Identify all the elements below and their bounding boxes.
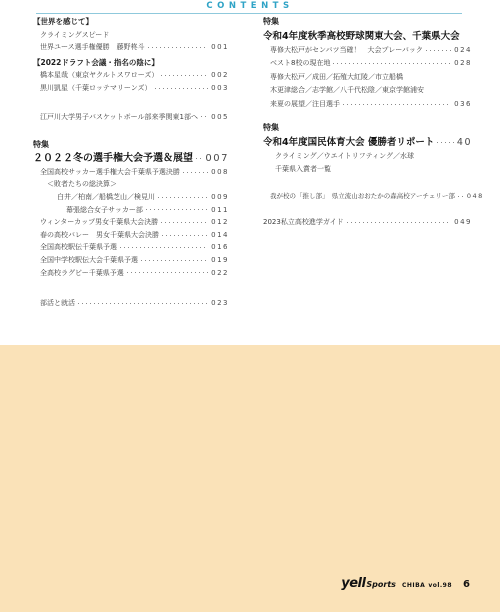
- toc-item: 全高校ラグビー千葉県予選 022: [33, 267, 229, 280]
- toc-item: ベスト8校の現在地 028: [263, 57, 472, 71]
- page-number: 023: [211, 297, 229, 310]
- toc-item: ウィンターカップ男女千葉県大会決勝 012: [33, 216, 229, 229]
- yell-logo: yell: [341, 576, 365, 591]
- page-number: 40: [457, 135, 472, 150]
- page-number: 028: [454, 57, 472, 71]
- toc-item: 春の高校バレー 男女千葉県大会決勝 014: [33, 229, 229, 242]
- page-number: 024: [454, 44, 472, 58]
- section-heading-draft: 【2022ドラフト会議・指名の陰に】: [33, 57, 229, 70]
- edition-label: CHIBA: [402, 582, 425, 589]
- dot-leader: [155, 88, 209, 89]
- dot-leader: [161, 75, 208, 76]
- dot-leader: [127, 272, 208, 273]
- dot-leader: [347, 222, 452, 223]
- toc-item: 専修大松戸がセンバツ当確！ 大会プレーバック 024: [263, 44, 472, 58]
- page-number: 002: [211, 69, 229, 82]
- title-underline: [36, 13, 462, 14]
- page-number: 016: [211, 241, 229, 254]
- sports-logo: Sports: [366, 580, 396, 589]
- dot-leader: [426, 50, 451, 51]
- feature-title: ２０２２冬の選手権大会予選＆展望 007: [33, 152, 229, 166]
- toc-item: クライミング／ウエイトリフティング／水球: [263, 150, 472, 164]
- dot-leader: [343, 104, 451, 105]
- page-number: 019: [211, 254, 229, 267]
- toc-item: 幕張総合女子サッカー部 011: [33, 204, 229, 217]
- dot-leader: [148, 47, 208, 48]
- dot-leader: [141, 260, 208, 261]
- dot-leader: [333, 63, 451, 64]
- toc-right-column: 特集 令和4年度秋季高校野球関東大会、千葉県大会 専修大松戸がセンバツ当確！ 大…: [263, 16, 472, 230]
- toc-item: 来夏の展望／注目選手 036: [263, 98, 472, 112]
- dot-leader: [183, 172, 208, 173]
- feature-kicker: 特集: [263, 16, 472, 29]
- toc-item: 我が校の「推し部」 県立流山おおたかの森高校アーチェリー部 048: [263, 190, 472, 204]
- page-number: 036: [454, 98, 472, 112]
- feature-title: 令和4年度国民体育大会 優勝者リポート 40: [263, 135, 472, 150]
- toc-item: 2023私立高校進学ガイド 049: [263, 216, 472, 230]
- dot-leader: [437, 142, 453, 143]
- page-number: 005: [211, 111, 229, 124]
- page-number: 009: [211, 191, 229, 204]
- dot-leader: [161, 222, 208, 223]
- toc-item: 全国中学校駅伝大会千葉県予選 019: [33, 254, 229, 267]
- feature-kicker: 特集: [33, 139, 229, 152]
- toc-item: クライミングスピード: [33, 29, 229, 42]
- volume-label: vol.98: [428, 582, 452, 589]
- page-number: 011: [211, 204, 229, 217]
- page-number: 001: [211, 41, 229, 54]
- toc-item: 木更津総合／志学館／八千代松陰／東京学館浦安: [263, 84, 472, 98]
- page-number: 048: [467, 190, 484, 204]
- toc-item: 全国高校駅伝千葉県予選 016: [33, 241, 229, 254]
- toc-item: 黒川凱星（千葉ロッテマリーンズ） 003: [33, 82, 229, 95]
- toc-item: 全国高校サッカー選手権大会千葉県予選決勝 008: [33, 166, 229, 179]
- page-number: 007: [205, 152, 229, 166]
- dot-leader: [158, 197, 208, 198]
- magazine-footer: yell Sports CHIBA vol.98 6: [341, 576, 470, 591]
- page-number: 003: [211, 82, 229, 95]
- dot-leader: [146, 209, 208, 210]
- dot-leader: [120, 247, 208, 248]
- toc-item: 橋本星哉（東京ヤクルトスワローズ） 002: [33, 69, 229, 82]
- toc-item: 千葉県入賞者一覧: [263, 163, 472, 177]
- page-number: 012: [211, 216, 229, 229]
- feature-title: 令和4年度秋季高校野球関東大会、千葉県大会: [263, 29, 472, 44]
- cream-background-panel: [0, 345, 500, 612]
- dot-leader: [201, 116, 208, 117]
- dot-leader: [78, 303, 208, 304]
- dot-leader: [196, 158, 202, 159]
- toc-item: 世界ユース選手権優勝 藤野柊斗 001: [33, 41, 229, 54]
- toc-subheading: ＜敗者たちの総決算＞: [33, 178, 229, 191]
- toc-left-column: 【世界を感じて】 クライミングスピード 世界ユース選手権優勝 藤野柊斗 001 …: [33, 16, 229, 310]
- dot-leader: [458, 196, 464, 197]
- toc-item: 江戸川大学男子バスケットボール部来季関東1部へ 005: [33, 111, 229, 124]
- toc-item: 専修大松戸／成田／拓殖大紅陵／市立船橋: [263, 71, 472, 85]
- dot-leader: [162, 235, 208, 236]
- page-number: 008: [211, 166, 229, 179]
- page-number: 014: [211, 229, 229, 242]
- folio-page-number: 6: [463, 579, 470, 590]
- toc-item: 部活と就活 023: [33, 297, 229, 310]
- page-title: CONTENTS: [0, 1, 500, 11]
- toc-item: 白井／柏南／船橋芝山／検見川 009: [33, 191, 229, 204]
- page-number: 049: [454, 216, 472, 230]
- section-heading-world: 【世界を感じて】: [33, 16, 229, 29]
- feature-kicker: 特集: [263, 122, 472, 135]
- page-number: 022: [211, 267, 229, 280]
